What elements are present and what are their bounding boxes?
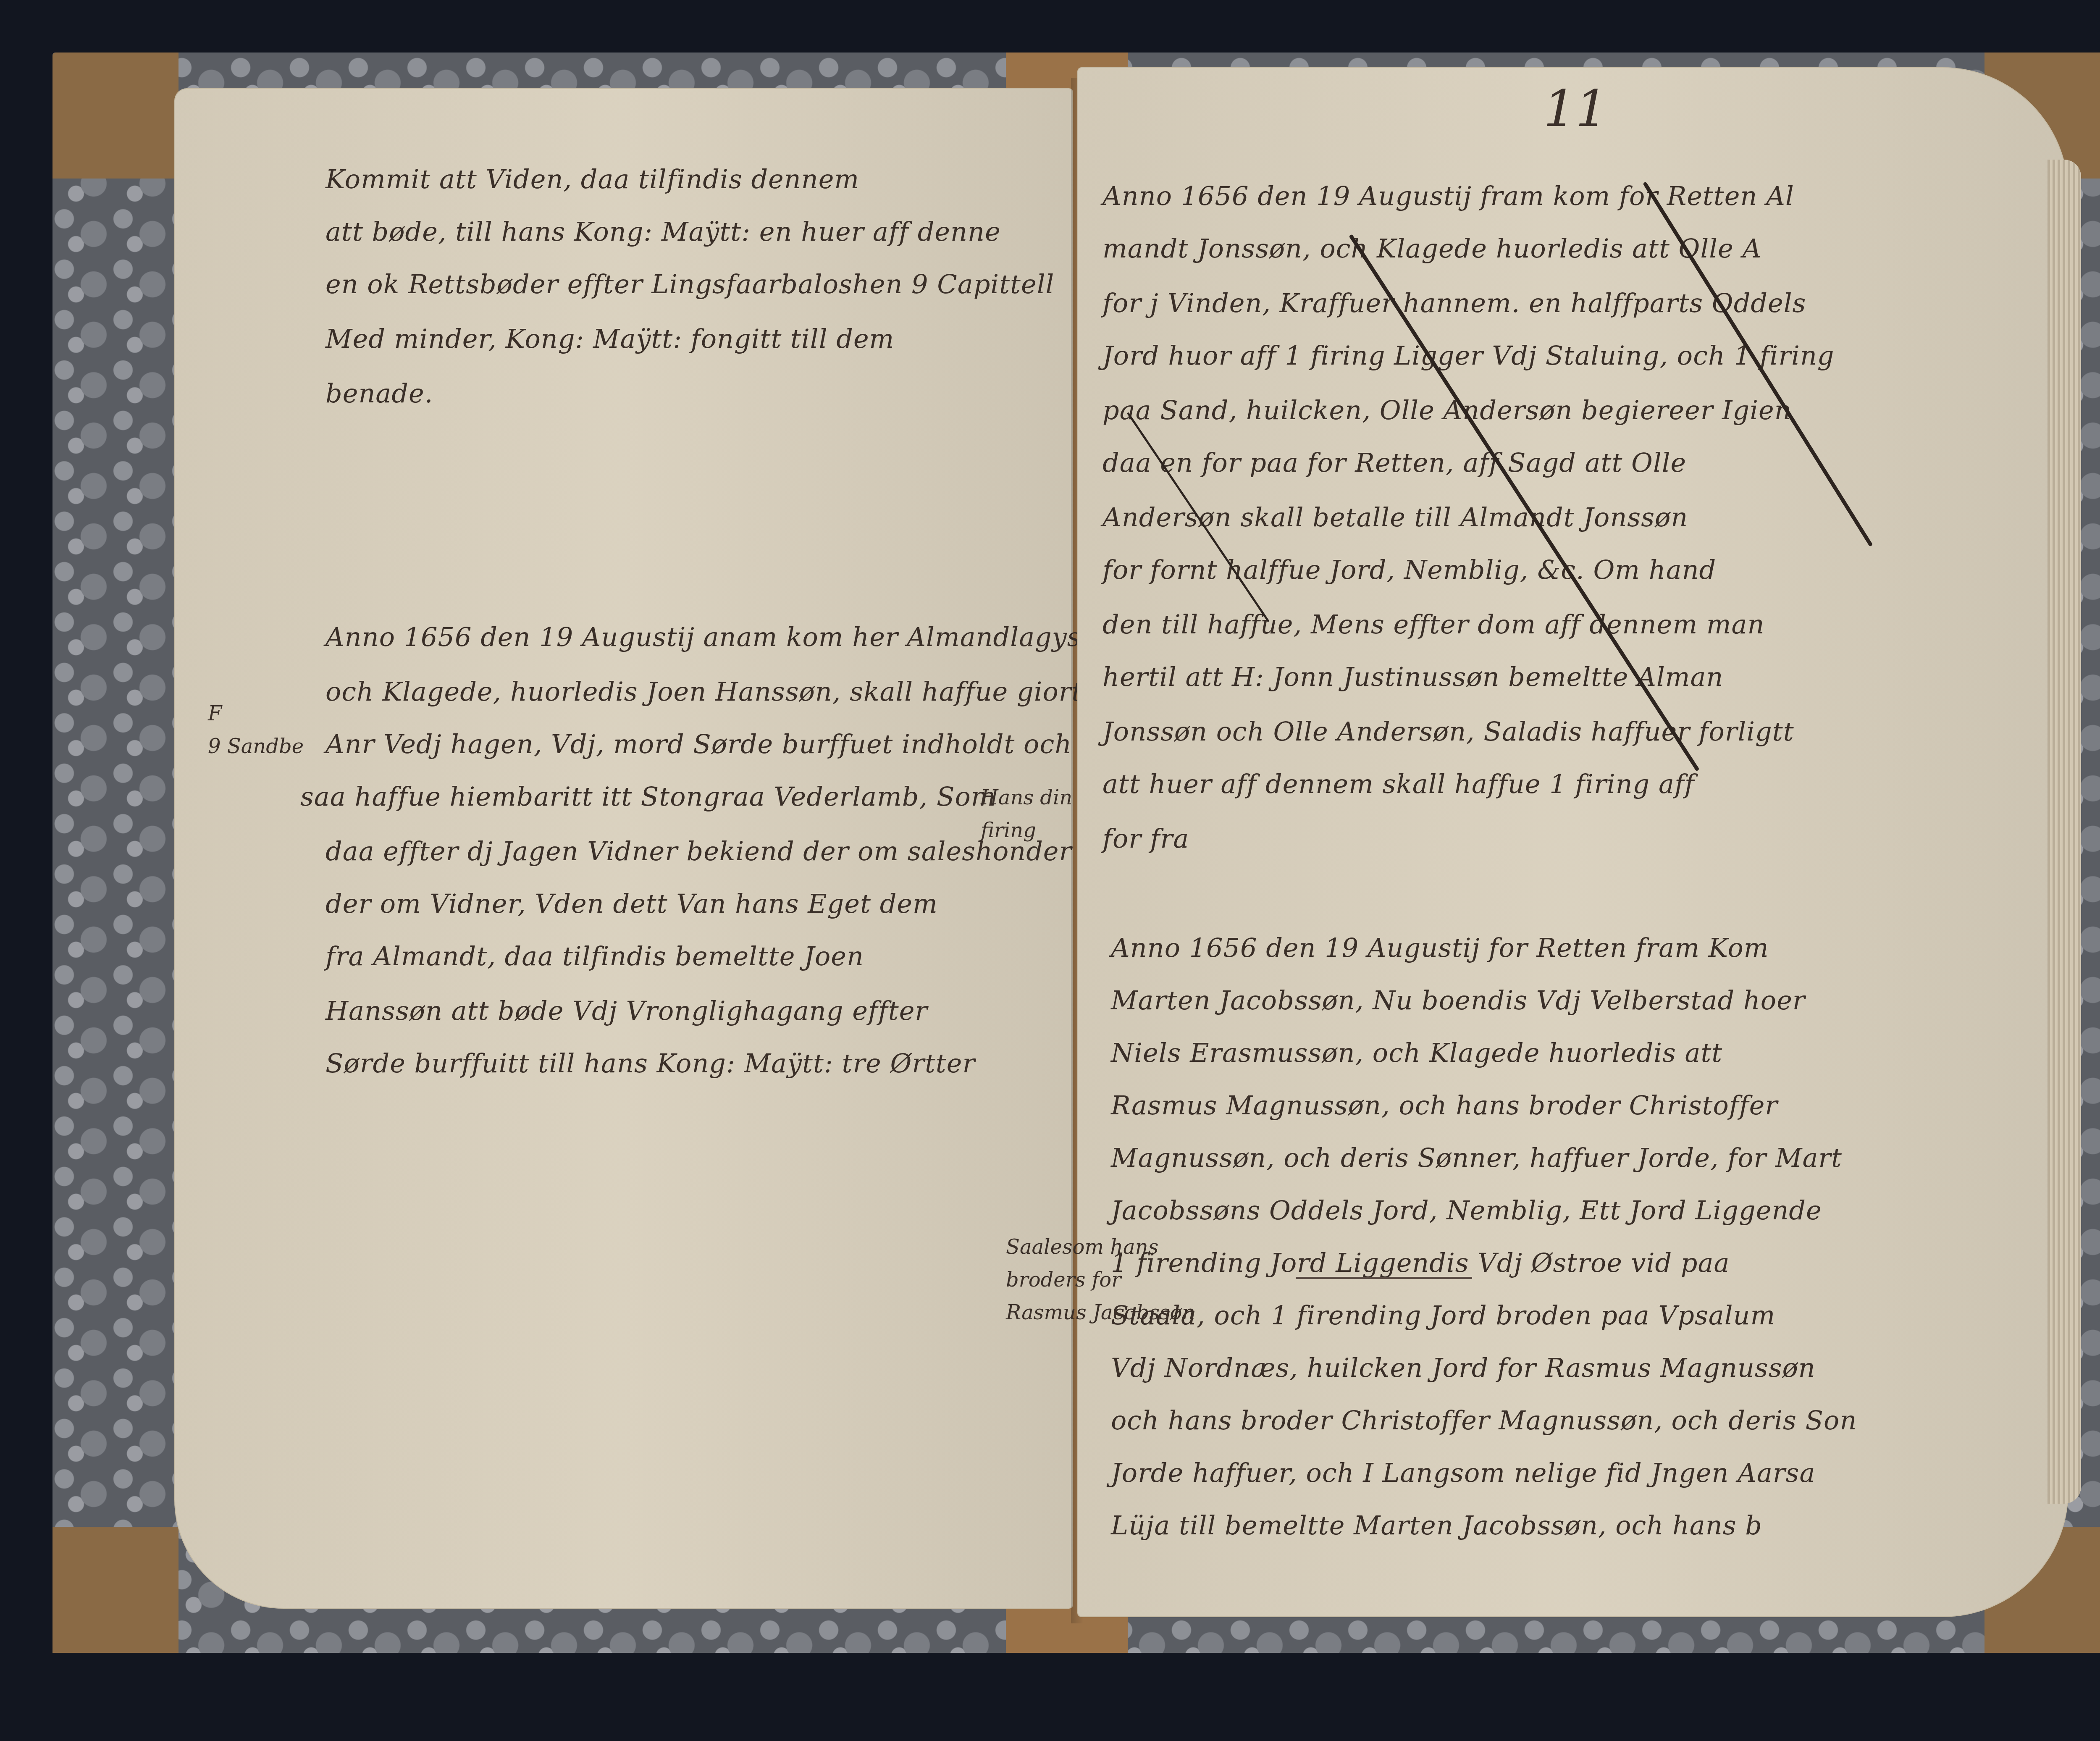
text-line: Med minder, Kong: Maÿtt: fongitt till de… bbox=[325, 323, 894, 354]
text-line: Staala, och 1 firending Jord broden paa … bbox=[1111, 1300, 1775, 1331]
text-line: Jacobssøns Oddels Jord, Nemblig, Ett Jor… bbox=[1111, 1195, 1822, 1226]
left-page: Kommit att Viden, daa tilfindis dennem a… bbox=[174, 88, 1073, 1609]
text-line: Anno 1656 den 19 Augustij for Retten fra… bbox=[1111, 932, 1769, 963]
text-line: Rasmus Magnussøn, och hans broder Christ… bbox=[1111, 1090, 1778, 1121]
text-line: Jorde haffuer, och I Langsom nelige fid … bbox=[1111, 1457, 1815, 1488]
text-line: 1 firending Jord Liggendis Vdj Østroe vi… bbox=[1111, 1247, 1730, 1278]
text-line: Hanssøn att bøde Vdj Vronglighagang efft… bbox=[325, 995, 928, 1026]
text-line: for j Vinden, Kraffuer hannem. en halffp… bbox=[1102, 288, 1806, 318]
text-line: daa effter dj Jagen Vidner bekiend der o… bbox=[325, 836, 1072, 867]
text-line: Kommit att Viden, daa tilfindis dennem bbox=[325, 164, 859, 194]
text-line: Jord huor aff 1 firing Ligger Vdj Stalui… bbox=[1102, 340, 1835, 371]
text-line: Anno 1656 den 19 Augustij anam kom her A… bbox=[325, 622, 1081, 652]
text-line: Anr Vedj hagen, Vdj, mord Sørde burffuet… bbox=[325, 729, 1072, 759]
text-line: Lüja till bemeltte Marten Jacobssøn, och… bbox=[1111, 1510, 1762, 1541]
text-line: daa en for paa for Retten, aff Sagd att … bbox=[1102, 447, 1686, 478]
text-line: Marten Jacobssøn, Nu boendis Vdj Velbers… bbox=[1111, 985, 1805, 1016]
text-line: Sørde burffuitt till hans Kong: Maÿtt: t… bbox=[325, 1048, 975, 1079]
text-line: att bøde, till hans Kong: Maÿtt: en huer… bbox=[325, 216, 1001, 247]
margin-note: Hans din firing bbox=[981, 781, 1072, 847]
right-page: 11 Anno 1656 den 19 Augustij fram kom fo… bbox=[1077, 67, 2068, 1617]
text-line: Niels Erasmussøn, och Klagede huorledis … bbox=[1111, 1037, 1722, 1068]
text-line: for fornt halffue Jord, Nemblig, &c. Om … bbox=[1102, 554, 1716, 585]
text-line: den till haffue, Mens effter dom aff den… bbox=[1102, 609, 1764, 640]
text-line: Magnussøn, och deris Sønner, haffuer Jor… bbox=[1111, 1142, 1842, 1173]
underline-mark bbox=[1296, 1277, 1472, 1279]
text-line: paa Sand, huilcken, Olle Andersøn begier… bbox=[1102, 395, 1792, 425]
text-line: for fra bbox=[1102, 823, 1189, 854]
margin-note: F 9 Sandbe bbox=[208, 697, 304, 763]
text-line: att huer aff dennem skall haffue 1 firin… bbox=[1102, 769, 1695, 799]
text-line: benade. bbox=[325, 378, 433, 409]
folio-number: 11 bbox=[1543, 80, 1608, 138]
text-line: och hans broder Christoffer Magnussøn, o… bbox=[1111, 1405, 1857, 1436]
text-line: Anno 1656 den 19 Augustij fram kom for R… bbox=[1102, 181, 1794, 211]
page-fore-edge bbox=[2047, 160, 2081, 1504]
book-spread: Kommit att Viden, daa tilfindis dennem a… bbox=[52, 53, 2100, 1653]
text-line: Vdj Nordnæs, huilcken Jord for Rasmus Ma… bbox=[1111, 1352, 1816, 1383]
text-line: Jonssøn och Olle Andersøn, Saladis haffu… bbox=[1102, 716, 1794, 747]
leather-corner-bottom-left bbox=[52, 1527, 178, 1653]
leather-corner-top-left bbox=[52, 53, 178, 179]
text-line: mandt Jonssøn, och Klagede huorledis att… bbox=[1102, 233, 1761, 264]
margin-note: Saalesom hans broders for Rasmus Jacobss… bbox=[1006, 1231, 1195, 1329]
text-line: der om Vidner, Vden dett Van hans Eget d… bbox=[325, 888, 938, 919]
text-line: och Klagede, huorledis Joen Hanssøn, ska… bbox=[325, 676, 1093, 707]
text-line: en ok Rettsbøder effter Lingsfaarbaloshe… bbox=[325, 269, 1054, 299]
text-line: saa haffue hiembaritt itt Stongraa Veder… bbox=[300, 781, 996, 812]
text-line: fra Almandt, daa tilfindis bemeltte Joen bbox=[325, 941, 864, 972]
